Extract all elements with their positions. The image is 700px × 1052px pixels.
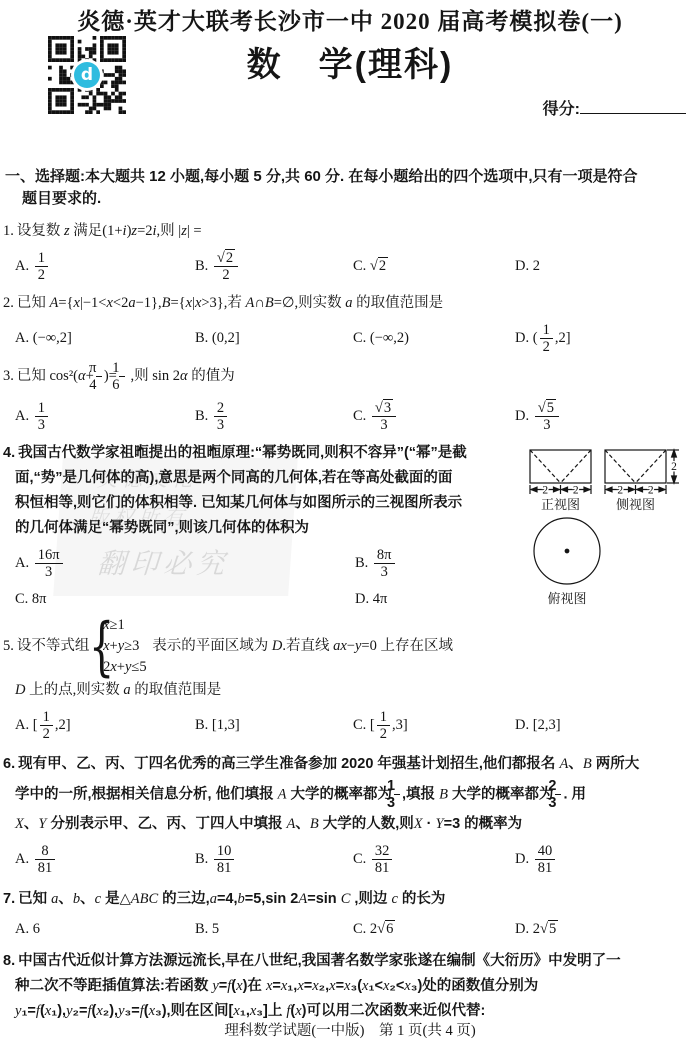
instructions-line2: 题目要求的. [22,190,101,207]
svg-text:俯视图: 俯视图 [547,591,586,606]
question-text: 6.现有甲、乙、丙、丁四名优秀的高三学生准备参加 2020 年强基计划招生,他们… [3,752,691,837]
question-number: 5. [3,638,14,654]
option-value: 13 [33,408,50,424]
option-D: D. 2 [515,254,691,279]
option-value: 2 [533,258,540,274]
option-C: C. 2√6 [353,917,515,942]
question-number: 7. [3,891,15,907]
question-text: 3.已知 cos²(α+π4)=16 ,则 sin 2α 的值为 [3,359,691,394]
qr-code: d [48,36,126,114]
option-label: A. [15,921,29,937]
option-A: A. 12 [15,249,195,284]
option-B: B. 1081 [195,842,353,877]
option-label: B. [195,408,208,424]
option-label: B. [195,258,208,274]
option-label: B. [195,851,208,867]
svg-text:2: 2 [648,484,654,496]
option-value: 2√5 [533,920,558,937]
option-value: 8π [32,591,47,607]
option-row: A. 13B. 23C. √33D. √53 [3,399,691,434]
option-label: D. [515,851,529,867]
option-value: [2,3] [533,717,561,733]
option-A: A. 6 [15,917,195,942]
option-value: [12,2] [33,717,71,733]
option-label: A. [15,851,29,867]
exam-page: 炎德·英才大联考长沙市一中 2020 届高考模拟卷(一) d 数 学(理科) 得… [0,0,700,1052]
option-label: D. [515,921,529,937]
option-label: C. [353,258,366,274]
option-C: C. 3281 [353,842,515,877]
question-3: 3.已知 cos²(α+π4)=16 ,则 sin 2α 的值为A. 13B. … [3,359,691,434]
option-label: A. [15,258,29,274]
section-instructions: 一、选择题:本大题共 12 小题,每小题 5 分,共 60 分. 在每小题给出的… [0,166,700,210]
svg-text:2: 2 [573,484,579,496]
question-text: 5.设不等式组{x≥1x+y≥32x+y≤5 表示的平面区域为 D.若直线 ax… [3,615,691,703]
option-label: B. [195,921,208,937]
option-value: 881 [33,851,58,867]
question-1: 1.设复数 z 满足(1+i)z=2i,则 |z| =A. 12B. √22C.… [3,219,691,284]
option-value: 23 [212,408,229,424]
option-value: [1,3] [212,717,240,733]
qr-logo: d [74,62,100,88]
option-label: B. [195,717,208,733]
svg-text:2: 2 [542,484,548,496]
score-blank-line [580,98,686,114]
option-value: 6 [33,921,40,937]
question-5: 5.设不等式组{x≥1x+y≥32x+y≤5 表示的平面区域为 D.若直线 ax… [3,615,691,743]
option-B: B. √22 [195,249,353,284]
option-row: A. (−∞,2]B. (0,2]C. (−∞,2)D. (12,2] [3,321,691,356]
option-label: D. [515,258,529,274]
question-2: 2.已知 A={x|−1<x<2a−1},B={x|x>3},若 A∩B=∅,则… [3,291,691,356]
option-label: C. [353,851,366,867]
option-A: A. 16π3 [15,546,355,581]
question-number: 8. [3,953,15,969]
question-text: 2.已知 A={x|−1<x<2a−1},B={x|x>3},若 A∩B=∅,则… [3,291,691,316]
option-label: A. [15,330,29,346]
option-B: B. 23 [195,399,353,434]
question-number: 3. [3,368,14,384]
svg-text:2: 2 [671,461,677,473]
question-6: 6.现有甲、乙、丙、丁四名优秀的高三学生准备参加 2020 年强基计划招生,他们… [3,752,691,877]
option-label: A. [15,555,29,571]
svg-text:2: 2 [617,484,623,496]
question-list: 1.设复数 z 满足(1+i)z=2i,则 |z| =A. 12B. √22C.… [0,219,700,1024]
question-text: 7.已知 a、b、c 是△ABC 的三边,a=4,b=5,sin 2A=sin … [3,887,691,912]
option-A: A. (−∞,2] [15,326,195,351]
option-label: C. [15,591,28,607]
option-value: √22 [212,258,240,274]
option-D: D. (12,2] [515,321,691,356]
option-C: C. [12,3] [353,708,515,743]
option-label: A. [15,408,29,424]
option-C: C. √33 [353,399,515,434]
option-value: √2 [370,257,388,274]
svg-text:侧视图: 侧视图 [616,497,655,512]
option-value: √33 [370,408,398,424]
option-A: A. 881 [15,842,195,877]
question-text: 4.我国古代数学家祖暅提出的祖暅原理:“幂势既同,则积不容异”(“幂”是截面,“… [3,441,519,541]
score-label: 得分: [543,101,580,118]
option-A: A. [12,2] [15,708,195,743]
question-4: 4.我国古代数学家祖暅提出的祖暅原理:“幂势既同,则积不容异”(“幂”是截面,“… [3,441,691,612]
option-label: A. [15,717,29,733]
option-value: (0,2] [212,330,240,346]
option-value: (12,2] [533,330,571,346]
option-value: √53 [533,408,561,424]
option-value: 16π3 [33,555,65,571]
option-row: A. 12B. √22C. √2D. 2 [3,249,691,284]
svg-text:正视图: 正视图 [541,497,580,512]
option-value: (−∞,2] [33,330,72,346]
option-B: B. [1,3] [195,713,353,738]
option-value: 12 [33,258,50,274]
option-C: C. 8π [15,587,355,612]
option-label: C. [353,408,366,424]
question-8: 8.中国古代近似计算方法源远流长,早在八世纪,我国著名数学家张遂在编制《大衍历》… [3,949,691,1024]
option-row: A. 881B. 1081C. 3281D. 4081 [3,842,691,877]
question-number: 2. [3,295,14,311]
option-value: 4081 [533,851,558,867]
option-D: D. [2,3] [515,713,691,738]
question-number: 6. [3,756,15,772]
option-D: D. 2√5 [515,917,691,942]
option-row: A. 6B. 5C. 2√6D. 2√5 [3,917,691,942]
option-row: A. [12,2]B. [1,3]C. [12,3]D. [2,3] [3,708,691,743]
option-C: C. √2 [353,254,515,279]
option-value: 5 [212,921,219,937]
question-7: 7.已知 a、b、c 是△ABC 的三边,a=4,b=5,sin 2A=sin … [3,887,691,942]
option-D: D. 4081 [515,842,691,877]
exam-series-title: 炎德·英才大联考长沙市一中 2020 届高考模拟卷(一) [0,7,700,37]
option-label: D. [515,408,529,424]
three-view-figure: 22222正视图侧视图俯视图 [527,439,691,609]
option-label: B. [355,555,368,571]
option-value: 3281 [370,851,395,867]
question-text: 8.中国古代近似计算方法源远流长,早在八世纪,我国著名数学家张遂在编制《大衍历》… [3,949,691,1024]
option-D: D. √53 [515,399,691,434]
option-label: C. [353,717,366,733]
option-value: 8π3 [372,555,397,571]
system-brace: { [97,616,115,678]
question-number: 4. [3,445,15,461]
option-A: A. 13 [15,399,195,434]
instructions-line1: 一、选择题:本大题共 12 小题,每小题 5 分,共 60 分. 在每小题给出的… [5,168,638,185]
inequality-system: {x≥1x+y≥32x+y≤5 [91,615,146,678]
option-value: [12,3] [370,717,408,733]
option-value: (−∞,2) [370,330,409,346]
option-label: D. [515,330,529,346]
option-value: 1081 [212,851,237,867]
option-C: C. (−∞,2) [353,326,515,351]
option-value: 4π [373,591,388,607]
option-B: B. (0,2] [195,326,353,351]
option-label: B. [195,330,208,346]
option-label: C. [353,921,366,937]
option-value: 2√6 [370,920,395,937]
question-number: 1. [3,223,14,239]
option-label: D. [515,717,529,733]
option-label: C. [353,330,366,346]
option-label: D. [355,591,369,607]
question-text: 1.设复数 z 满足(1+i)z=2i,则 |z| = [3,219,691,244]
option-B: B. 5 [195,917,353,942]
